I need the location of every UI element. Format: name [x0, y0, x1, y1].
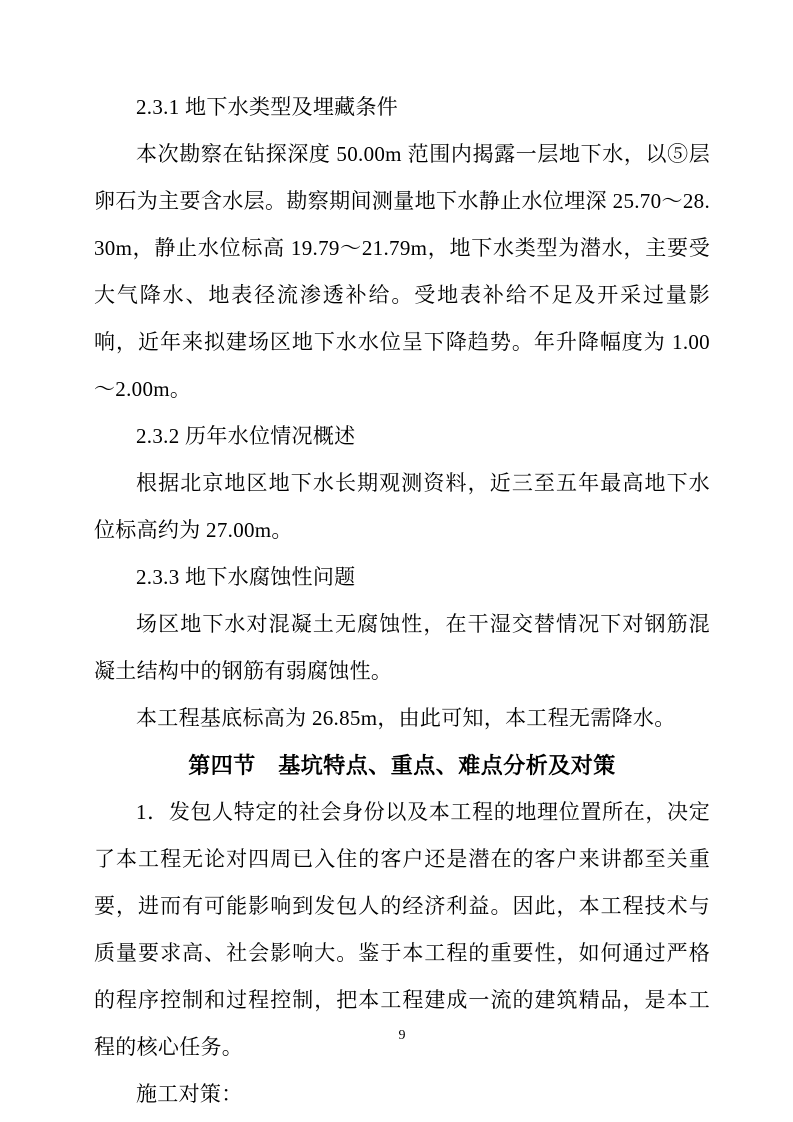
- heading-2-3-3: 2.3.3 地下水腐蚀性问题: [94, 554, 710, 601]
- para-corrosivity: 场区地下水对混凝土无腐蚀性，在干湿交替情况下对钢筋混凝土结构中的钢筋有弱腐蚀性。: [94, 601, 710, 695]
- heading-2-3-1: 2.3.1 地下水类型及埋藏条件: [94, 84, 710, 131]
- para-groundwater-type: 本次勘察在钻探深度 50.00m 范围内揭露一层地下水，以⑤层卵石为主要含水层。…: [94, 131, 710, 413]
- page-number: 9: [94, 1026, 710, 1046]
- para-historical-water-level: 根据北京地区地下水长期观测资料，近三至五年最高地下水位标高约为 27.00m。: [94, 460, 710, 554]
- section-4-title: 第四节 基坑特点、重点、难点分析及对策: [94, 742, 710, 789]
- para-no-dewatering: 本工程基底标高为 26.85m，由此可知，本工程无需降水。: [94, 695, 710, 742]
- heading-2-3-2: 2.3.2 历年水位情况概述: [94, 413, 710, 460]
- para-construction-countermeasures: 施工对策：: [94, 1071, 710, 1118]
- document-content: 2.3.1 地下水类型及埋藏条件 本次勘察在钻探深度 50.00m 范围内揭露一…: [94, 84, 710, 1118]
- document-page: 2.3.1 地下水类型及埋藏条件 本次勘察在钻探深度 50.00m 范围内揭露一…: [0, 0, 793, 1122]
